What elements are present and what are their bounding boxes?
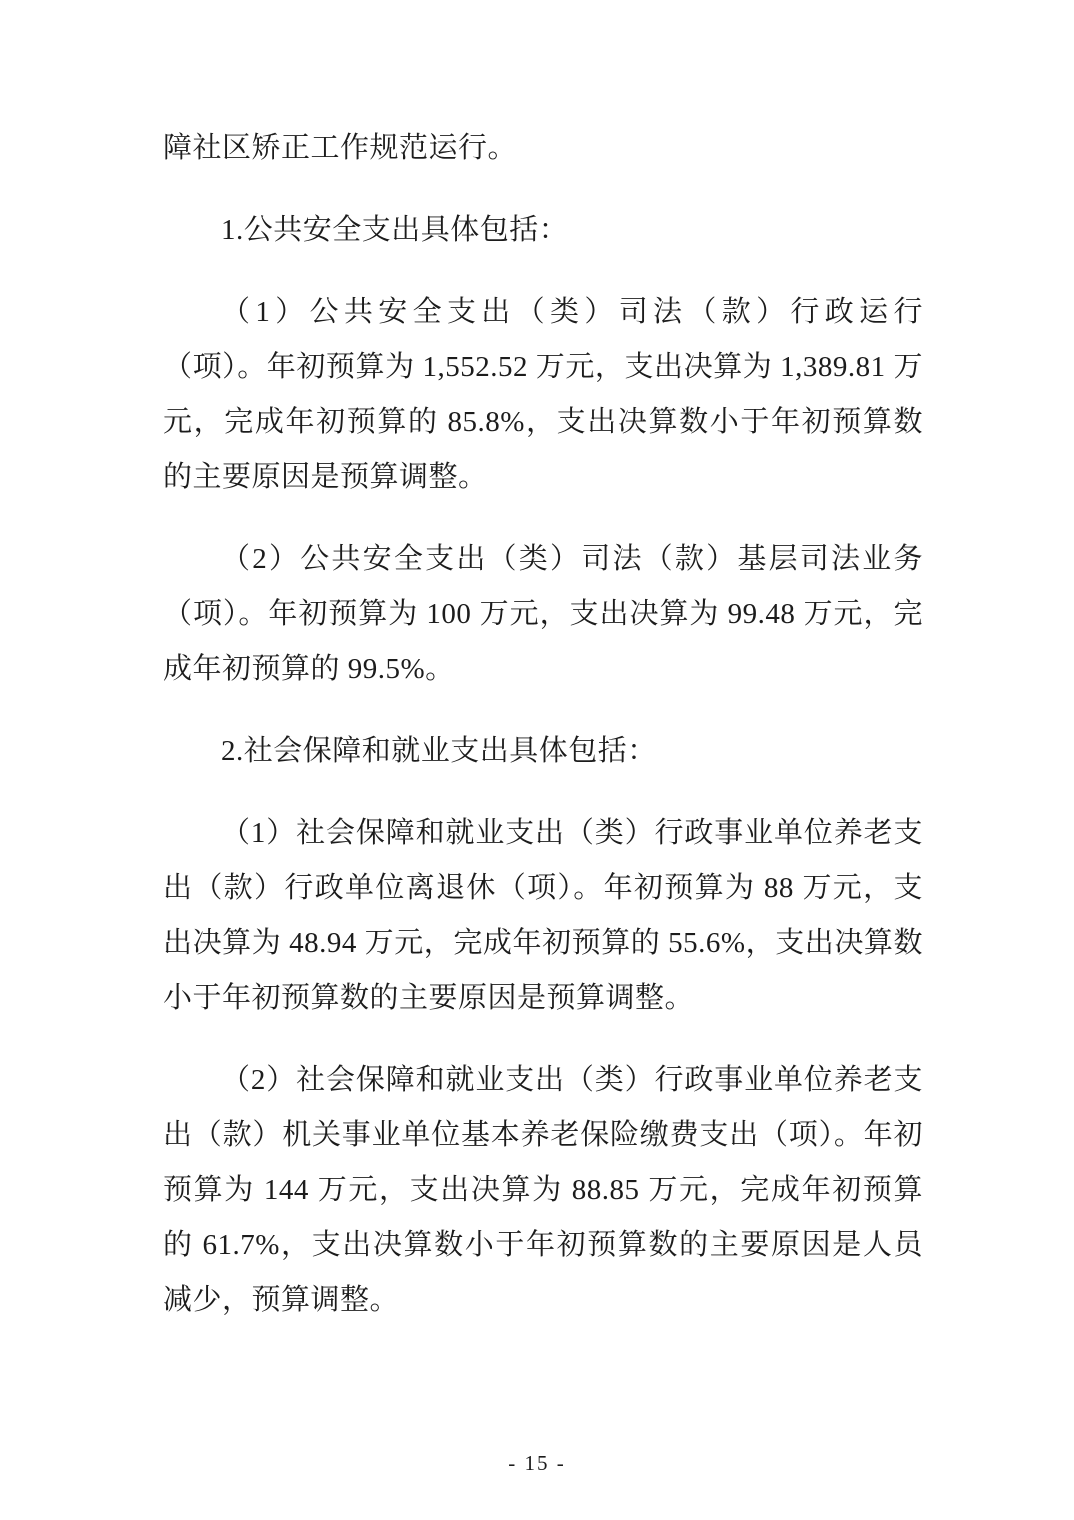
paragraph-section-1-item-2: （2）公共安全支出（类）司法（款）基层司法业务（项）。年初预算为 100 万元，… [163,532,923,697]
paragraph-section-2-item-1: （1）社会保障和就业支出（类）行政事业单位养老支出（款）行政单位离退休（项）。年… [163,806,923,1026]
paragraph-continuation: 障社区矫正工作规范运行。 [163,121,923,176]
paragraph-section-2-item-2: （2）社会保障和就业支出（类）行政事业单位养老支出（款）机关事业单位基本养老保险… [163,1053,923,1328]
paragraph-section-1-item-1: （1）公共安全支出（类）司法（款）行政运行（项）。年初预算为 1,552.52 … [163,285,923,505]
document-body: 障社区矫正工作规范运行。 1.公共安全支出具体包括： （1）公共安全支出（类）司… [163,121,923,1355]
paragraph-section-2-heading: 2.社会保障和就业支出具体包括： [163,724,923,779]
document-page: 障社区矫正工作规范运行。 1.公共安全支出具体包括： （1）公共安全支出（类）司… [0,0,1074,1520]
paragraph-section-1-heading: 1.公共安全支出具体包括： [163,203,923,258]
page-number: - 15 - [0,1448,1074,1478]
